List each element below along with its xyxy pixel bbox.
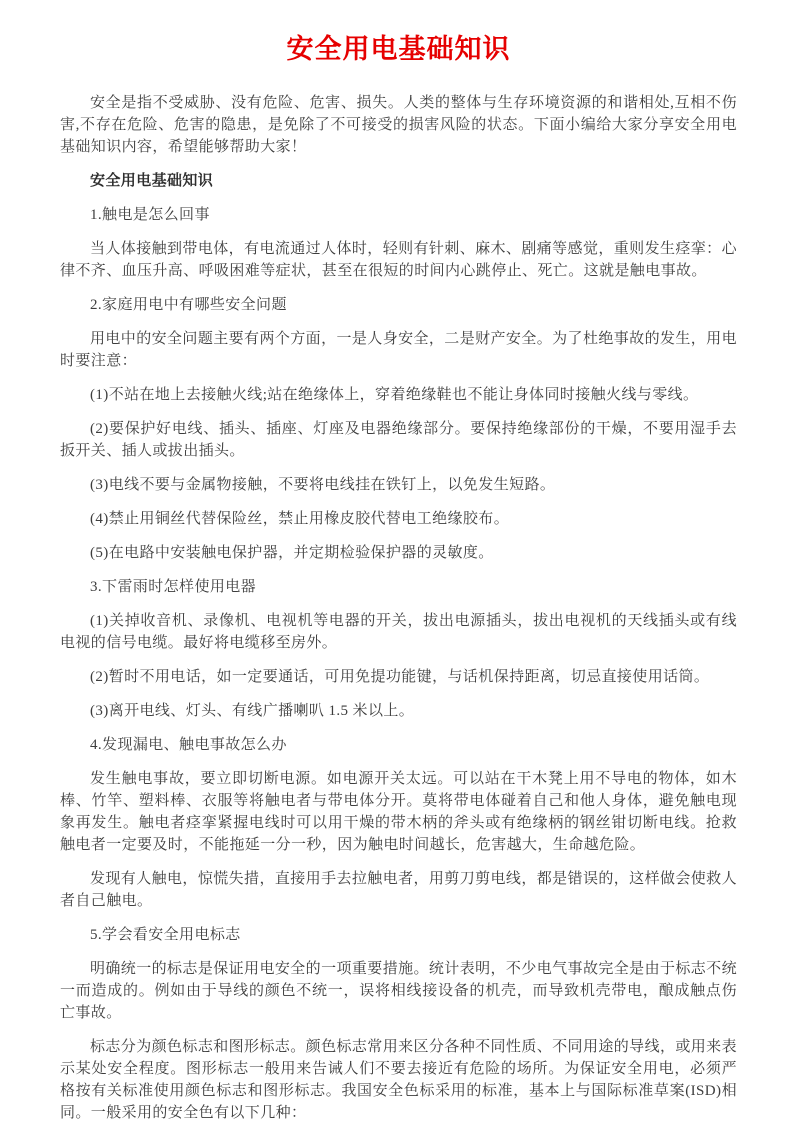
numbered-heading: 3.下雷雨时怎样使用电器 (60, 576, 737, 598)
numbered-heading: 2.家庭用电中有哪些安全问题 (60, 294, 737, 316)
list-item: (2)要保护好电线、插头、插座、灯座及电器绝缘部分。要保持绝缘部份的干燥，不要用… (60, 418, 737, 462)
paragraph: 当人体接触到带电体，有电流通过人体时，轻则有针刺、麻木、剧痛等感觉，重则发生痉挛… (60, 238, 737, 282)
document-body: 安全是指不受威胁、没有危险、危害、损失。人类的整体与生存环境资源的和谐相处,互相… (60, 92, 737, 1123)
page-title: 安全用电基础知识 (60, 32, 737, 66)
list-item: (3)离开电线、灯头、有线广播喇叭 1.5 米以上。 (60, 700, 737, 722)
paragraph: 用电中的安全问题主要有两个方面，一是人身安全，二是财产安全。为了杜绝事故的发生，… (60, 328, 737, 372)
numbered-heading: 1.触电是怎么回事 (60, 204, 737, 226)
list-item: (3)电线不要与金属物接触，不要将电线挂在铁钉上，以免发生短路。 (60, 474, 737, 496)
list-item: (5)在电路中安装触电保护器，并定期检验保护器的灵敏度。 (60, 542, 737, 564)
list-item: (1)关掉收音机、录像机、电视机等电器的开关，拔出电源插头，拔出电视机的天线插头… (60, 610, 737, 654)
document-page: 安全用电基础知识 安全是指不受威胁、没有危险、危害、损失。人类的整体与生存环境资… (0, 0, 794, 1123)
bold-heading: 安全用电基础知识 (60, 170, 737, 192)
numbered-heading: 5.学会看安全用电标志 (60, 924, 737, 946)
paragraph: 安全是指不受威胁、没有危险、危害、损失。人类的整体与生存环境资源的和谐相处,互相… (60, 92, 737, 158)
paragraph: 发生触电事故，要立即切断电源。如电源开关太远。可以站在干木凳上用不导电的物体，如… (60, 768, 737, 856)
paragraph: 明确统一的标志是保证用电安全的一项重要措施。统计表明，不少电气事故完全是由于标志… (60, 958, 737, 1024)
list-item: (2)暂时不用电话，如一定要通话，可用免提功能键，与话机保持距离，切忌直接使用话… (60, 666, 737, 688)
list-item: (4)禁止用铜丝代替保险丝，禁止用橡皮胶代替电工绝缘胶布。 (60, 508, 737, 530)
numbered-heading: 4.发现漏电、触电事故怎么办 (60, 734, 737, 756)
paragraph: 发现有人触电，惊慌失措，直接用手去拉触电者，用剪刀剪电线，都是错误的，这样做会使… (60, 868, 737, 912)
paragraph: 标志分为颜色标志和图形标志。颜色标志常用来区分各种不同性质、不同用途的导线，或用… (60, 1036, 737, 1123)
list-item: (1)不站在地上去接触火线;站在绝缘体上，穿着绝缘鞋也不能让身体同时接触火线与零… (60, 384, 737, 406)
